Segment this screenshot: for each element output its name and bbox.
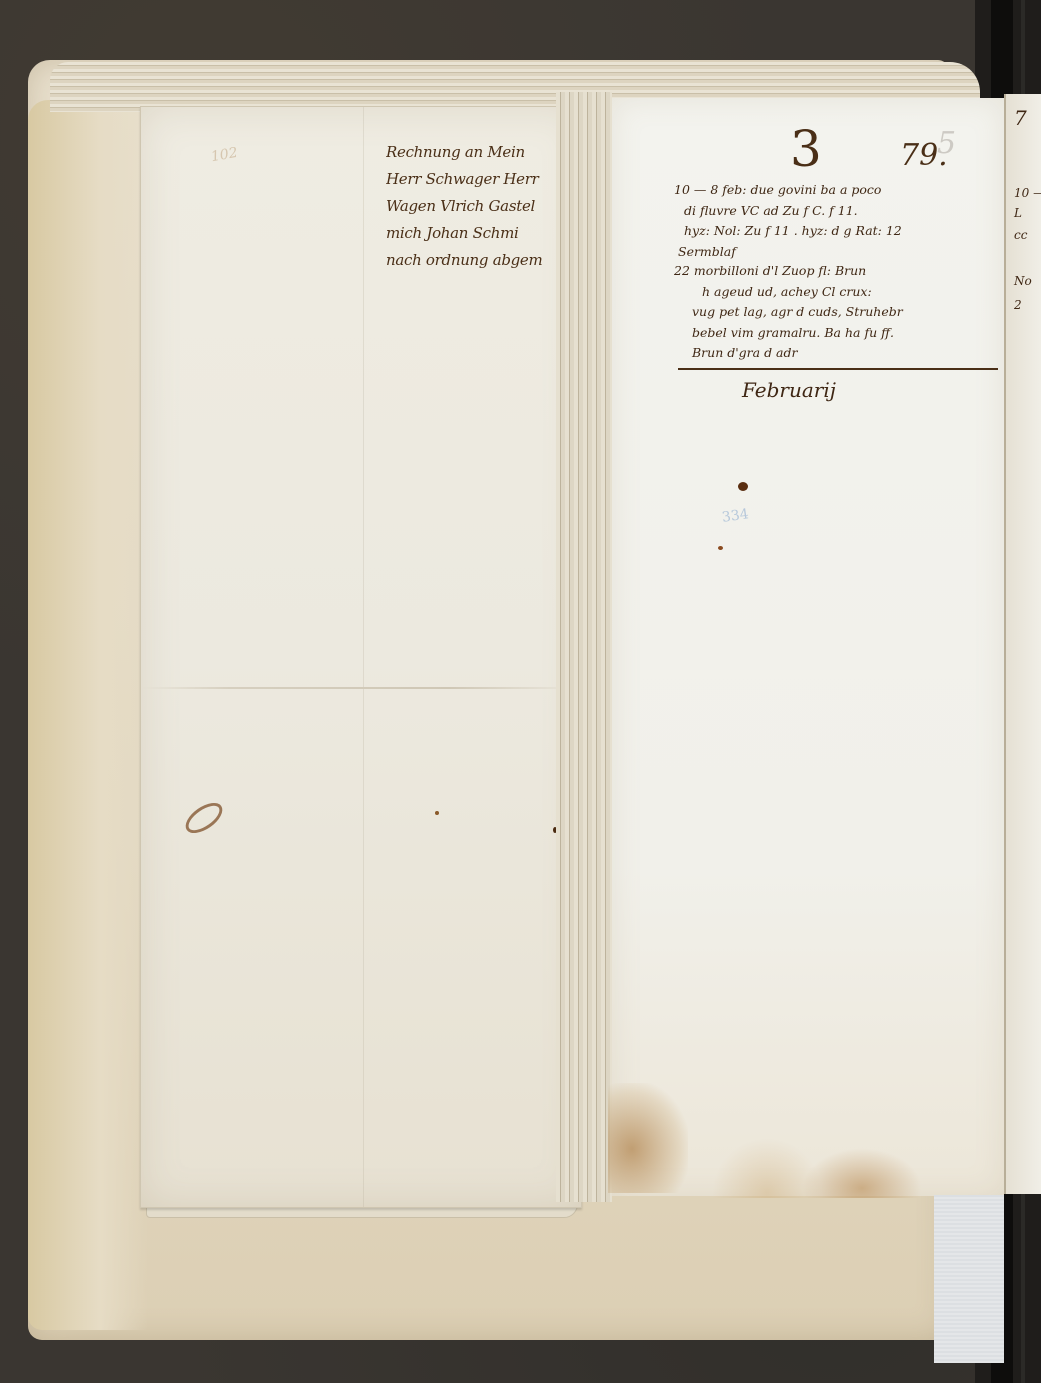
- folio-number: 3: [790, 120, 822, 178]
- entry-line: Brun d'gra d adr: [674, 343, 1004, 364]
- cloth-guard-strip: [934, 1195, 1004, 1363]
- heading-line: Rechnung an Mein: [386, 139, 576, 166]
- entry-line: hyz: Nol: Zu f 11 . hyz: d g Rat: 12: [674, 221, 1004, 242]
- vertical-crease: [363, 107, 364, 1207]
- entry-line: bebel vim gramalru. Ba ha fu ff.: [674, 323, 1004, 344]
- heading-line: Herr Schwager Herr: [386, 166, 576, 193]
- ledger-entry: 10 — 8 feb: due govini ba a poco di fluv…: [674, 180, 1004, 262]
- ledger-entry: 22 morbilloni d'l Zuop fl: Brun h ageud …: [674, 261, 1004, 364]
- horizontal-fold: [141, 687, 581, 689]
- recto-page: 3 79. 5 10 — 8 feb: due govini ba a poco…: [612, 98, 1004, 1196]
- peek-fragment: L: [1014, 206, 1022, 220]
- entry-line: Sermblaf: [674, 242, 1004, 263]
- ruled-line: [678, 368, 998, 370]
- entry-line: 10 — 8 feb: due govini ba a poco: [674, 180, 1004, 201]
- water-stain: [608, 1083, 688, 1193]
- peek-fragment: 10 —: [1014, 186, 1041, 200]
- entry-line: di fluvre VC ad Zu f C. f 11.: [674, 201, 1004, 222]
- yellowed-edge: [28, 100, 148, 1330]
- peek-fragment: 2: [1014, 298, 1022, 312]
- entry-line: h ageud ud, achey Cl crux:: [674, 282, 1004, 303]
- left-folded-document: 102 Rechnung an Mein Herr Schwager Herr …: [140, 106, 582, 1208]
- heading-line: nach ordnung abgem: [386, 247, 576, 274]
- pencil-note: 334: [721, 506, 750, 526]
- page-gutter: [556, 92, 612, 1202]
- heading-line: mich Johan Schmi: [386, 220, 576, 247]
- show-through-numeral: 5: [937, 126, 956, 161]
- entry-line: 22 morbilloni d'l Zuop fl: Brun: [674, 261, 1004, 282]
- water-stain: [802, 1148, 922, 1198]
- month-heading: Februarij: [742, 378, 836, 402]
- next-page-edge: 7 10 — L cc No 2: [1004, 94, 1041, 1194]
- entry-line: vug pet lag, agr d cuds, Struhebr: [674, 302, 1004, 323]
- peek-fragment: cc: [1014, 228, 1027, 242]
- document-heading: Rechnung an Mein Herr Schwager Herr Wage…: [386, 139, 576, 274]
- foxing-spot: [180, 797, 227, 839]
- foxing-spot: [435, 811, 439, 815]
- peek-fragment: 7: [1014, 106, 1027, 130]
- ink-blot: [738, 482, 748, 491]
- ink-blot: [718, 546, 723, 550]
- peek-fragment: No: [1014, 274, 1032, 288]
- heading-line: Wagen Vlrich Gastel: [386, 193, 576, 220]
- faint-page-mark: 102: [210, 145, 239, 165]
